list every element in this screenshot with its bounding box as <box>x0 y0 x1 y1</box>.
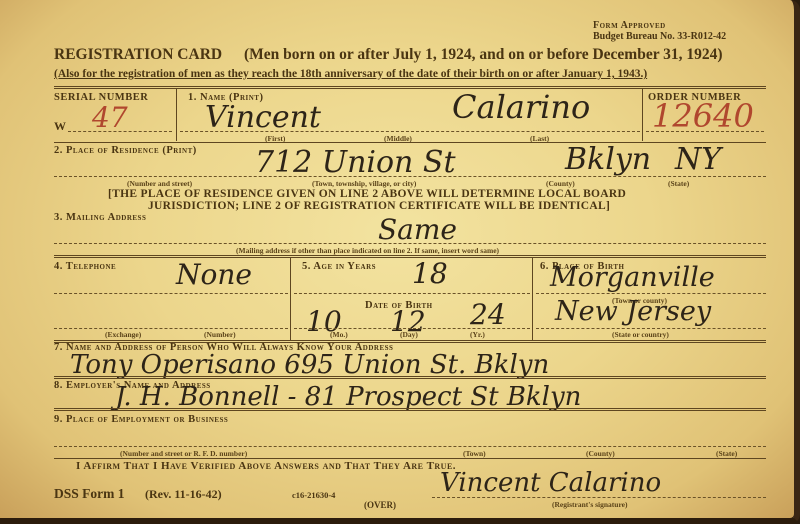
registrant-signature: Vincent Calarino <box>440 468 661 498</box>
signature-line <box>432 497 766 498</box>
dob-month-sublabel: (Mo.) <box>330 330 348 339</box>
employment-state-sublabel: (State) <box>716 449 737 458</box>
dob-line <box>294 328 530 329</box>
dob-year-value: 24 <box>470 298 506 331</box>
mailing-address-value: Same <box>378 213 457 246</box>
divider <box>176 89 177 141</box>
age-value: 18 <box>412 257 448 290</box>
residence-county-value: Bklyn <box>565 142 651 177</box>
dob-year-sublabel: (Yr.) <box>470 330 485 339</box>
registration-card: Form Approved Budget Bureau No. 33-R012-… <box>0 0 800 524</box>
telephone-value: None <box>176 258 252 291</box>
signature-sublabel: (Registrant's signature) <box>552 500 627 509</box>
over-note: (OVER) <box>364 500 396 510</box>
telephone-exchange-sublabel: (Exchange) <box>105 330 141 339</box>
birthplace-state-line <box>536 328 766 329</box>
affirmation-text: I Affirm That I Have Verified Above Answ… <box>76 460 456 472</box>
order-number-value: 12640 <box>652 97 754 135</box>
employment-place-label: 9. Place of Employment or Business <box>54 414 228 425</box>
residence-state-value: NY <box>675 142 721 177</box>
mailing-line <box>54 243 766 244</box>
serial-number-value: 47 <box>92 101 128 134</box>
age-line <box>294 293 530 294</box>
row-rule <box>54 408 766 411</box>
residence-line <box>54 176 766 177</box>
also-for-text: (Also for the registration of men as the… <box>54 68 647 80</box>
employment-town-sublabel: (Town) <box>463 449 486 458</box>
row-rule <box>54 458 766 459</box>
birthplace-town-value: Morganville <box>550 262 715 293</box>
residence-county-sublabel: (County) <box>546 179 575 188</box>
eligibility-text: (Men born on or after July 1, 1924, and … <box>244 46 723 64</box>
divider <box>290 257 291 341</box>
card-title: REGISTRATION CARD <box>54 46 222 64</box>
residence-town-sublabel: (Town, township, village, or city) <box>312 179 416 188</box>
row-rule <box>54 376 766 379</box>
header-rule <box>54 86 766 89</box>
row-rule <box>54 142 766 143</box>
telephone-line <box>54 293 288 294</box>
budget-bureau-number: Budget Bureau No. 33-R012-42 <box>593 31 726 42</box>
order-line <box>646 131 764 132</box>
residence-street-sublabel: (Number and street) <box>127 179 192 188</box>
form-id: DSS Form 1 <box>54 486 125 502</box>
name-last-value: Calarino <box>452 88 590 126</box>
residence-label: 2. Place of Residence (Print) <box>54 145 197 156</box>
birthplace-state-value: New Jersey <box>555 296 711 327</box>
row-rule <box>54 255 766 258</box>
residence-state-sublabel: (State) <box>668 179 689 188</box>
birthplace-state-sublabel: (State or country) <box>612 330 669 339</box>
residence-notice-line1: [THE PLACE OF RESIDENCE GIVEN ON LINE 2 … <box>108 188 626 200</box>
serial-prefix: W <box>54 119 66 134</box>
residence-notice-line2: JURISDICTION; LINE 2 OF REGISTRATION CER… <box>148 200 610 212</box>
divider <box>642 89 643 141</box>
mailing-sublabel: (Mailing address if other than place ind… <box>236 246 499 255</box>
name-line <box>180 131 640 132</box>
employment-street-sublabel: (Number and street or R. F. D. number) <box>120 449 247 458</box>
form-revision: (Rev. 11-16-42) <box>145 487 222 502</box>
form-approved: Form Approved <box>593 20 666 31</box>
residence-street-value: 712 Union St <box>255 145 456 180</box>
telephone-label: 4. Telephone <box>54 261 116 272</box>
employment-county-sublabel: (County) <box>586 449 615 458</box>
name-first-value: Vincent <box>205 100 321 135</box>
employment-place-line <box>54 446 766 447</box>
telephone-line-2 <box>54 328 288 329</box>
mailing-address-label: 3. Mailing Address <box>54 212 146 223</box>
divider <box>532 257 533 341</box>
birthplace-town-line <box>536 293 766 294</box>
print-code: c16-21630-4 <box>292 490 335 500</box>
age-label: 5. Age in Years <box>302 261 376 272</box>
telephone-number-sublabel: (Number) <box>204 330 236 339</box>
dob-day-sublabel: (Day) <box>400 330 418 339</box>
